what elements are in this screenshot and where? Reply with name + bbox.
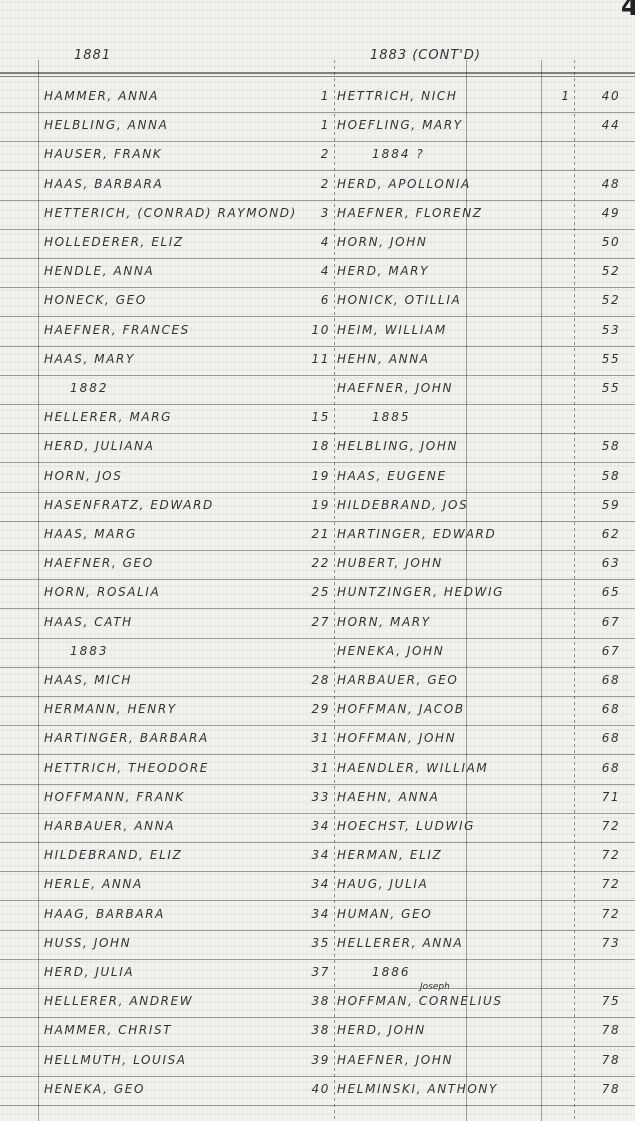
page-ref: 68: [596, 673, 626, 687]
section-year: 1884 ?: [372, 147, 425, 161]
name-left: HELLERER, ANDREW: [44, 994, 193, 1008]
section-year: 1883: [70, 644, 109, 658]
interlinear-annotation: Joseph: [420, 982, 450, 992]
name-right: HARBAUER, GEO: [337, 673, 458, 687]
name-right: HUMAN, GEO: [337, 907, 432, 921]
entry-number: 6: [290, 293, 330, 307]
name-left: HONECK, GEO: [44, 293, 147, 307]
page-ref: 49: [596, 206, 626, 220]
name-left: HELLMUTH, LOUISA: [44, 1053, 187, 1067]
name-left: HAUSER, FRANK: [44, 147, 162, 161]
page-ref: 67: [596, 615, 626, 629]
name-right: HOFFMAN, JOHN: [337, 731, 456, 745]
ledger-row: HARTINGER, BARBARA31HOFFMAN, JOHN68: [0, 725, 635, 755]
ledger-row: HETTRICH, THEODORE31HAENDLER, WILLIAM68: [0, 755, 635, 785]
page-ref: 58: [596, 469, 626, 483]
ledger-row: HERMANN, HENRY29HOFFMAN, JACOB68: [0, 696, 635, 726]
page-ref: 52: [596, 293, 626, 307]
entry-number: 39: [290, 1053, 330, 1067]
ledger-row: HONECK, GEO6HONICK, OTILLIA52: [0, 287, 635, 317]
name-left: HENDLE, ANNA: [44, 264, 154, 278]
ledger-row: HELBLING, ANNA1HOEFLING, MARY44: [0, 112, 635, 142]
name-right: HAEHN, ANNA: [337, 790, 439, 804]
name-right: HETTRICH, NICH: [337, 89, 458, 103]
entry-number: 10: [290, 323, 330, 337]
name-right: HERD, APOLLONIA: [337, 177, 471, 191]
name-right: HONICK, OTILLIA: [337, 293, 461, 307]
ledger-row: HORN, ROSALIA25HUNTZINGER, HEDWIG65: [0, 579, 635, 609]
header-left-year: 1881: [74, 48, 111, 63]
page-ref: 63: [596, 556, 626, 570]
section-year: 1885: [372, 410, 411, 424]
name-left: HAMMER, CHRIST: [44, 1023, 172, 1037]
ledger-row: HETTERICH, (CONRAD) RAYMOND)3HAEFNER, FL…: [0, 200, 635, 230]
page-ref: 72: [596, 848, 626, 862]
entry-number: 19: [290, 469, 330, 483]
name-left: HERD, JULIA: [44, 965, 134, 979]
name-left: HETTRICH, THEODORE: [44, 761, 209, 775]
name-left: HAMMER, ANNA: [44, 89, 159, 103]
name-left: HERD, JULIANA: [44, 439, 155, 453]
name-left: HASENFRATZ, EDWARD: [44, 498, 214, 512]
name-right: HOFFMAN, CORNELIUS: [337, 994, 503, 1008]
ledger-row: HOFFMANN, FRANK33HAEHN, ANNA71: [0, 784, 635, 814]
ledger-row: 1883HENEKA, JOHN67: [0, 638, 635, 668]
name-right: HELMINSKI, ANTHONY: [337, 1082, 498, 1096]
name-right: HORN, MARY: [337, 615, 431, 629]
entry-number: 11: [290, 352, 330, 366]
entry-number: 34: [290, 877, 330, 891]
ledger-row: HOLLEDERER, ELIZ4HORN, JOHN50: [0, 229, 635, 259]
name-right: HEIM, WILLIAM: [337, 323, 447, 337]
header-right-year: 1883 (CONT'D): [370, 48, 481, 63]
name-left: HERMANN, HENRY: [44, 702, 177, 716]
name-right: HERD, MARY: [337, 264, 429, 278]
entry-number: 19: [290, 498, 330, 512]
entry-number: 15: [290, 410, 330, 424]
page-ref: 48: [596, 177, 626, 191]
page-ref: 55: [596, 381, 626, 395]
page-number: 4: [621, 0, 635, 22]
entry-number: 18: [290, 439, 330, 453]
ledger-row: HERD, JULIANA18HELBLING, JOHN58: [0, 433, 635, 463]
page-ref: 55: [596, 352, 626, 366]
name-left: HENEKA, GEO: [44, 1082, 145, 1096]
page-ref: 52: [596, 264, 626, 278]
page-ref: 68: [596, 761, 626, 775]
ledger-row: HERD, JULIA371886: [0, 959, 635, 989]
page-ref: 40: [596, 89, 626, 103]
page-ref: 65: [596, 585, 626, 599]
ledger-row: HAMMER, CHRIST38HERD, JOHN78: [0, 1017, 635, 1047]
page-ref: 72: [596, 907, 626, 921]
entry-number: 2: [290, 177, 330, 191]
entry-number: 1: [290, 118, 330, 132]
entry-number: 31: [290, 731, 330, 745]
entry-number: 4: [290, 235, 330, 249]
ledger-row: HASENFRATZ, EDWARD19HILDEBRAND, JOS59: [0, 492, 635, 522]
page-ref: 78: [596, 1082, 626, 1096]
name-left: HARBAUER, ANNA: [44, 819, 175, 833]
page-ref: 72: [596, 819, 626, 833]
ledger-row: HELLERER, ANDREW38HOFFMAN, CORNELIUS75Jo…: [0, 988, 635, 1018]
page-ref: 67: [596, 644, 626, 658]
page-ref: 78: [596, 1053, 626, 1067]
entry-number: 1: [290, 89, 330, 103]
section-year: 1882: [70, 381, 109, 395]
entry-number: 34: [290, 907, 330, 921]
ledger-row: HORN, JOS19HAAS, EUGENE58: [0, 463, 635, 493]
page-ref: 78: [596, 1023, 626, 1037]
ledger-row: HAAS, MARY11HEHN, ANNA55: [0, 346, 635, 376]
page-ref: 73: [596, 936, 626, 950]
name-left: HETTERICH, (CONRAD) RAYMOND): [44, 206, 297, 220]
name-right: HAUG, JULIA: [337, 877, 428, 891]
section-year: 1886: [372, 965, 411, 979]
entry-number: 27: [290, 615, 330, 629]
ledger-row: HERLE, ANNA34HAUG, JULIA72: [0, 871, 635, 901]
entry-number: 40: [290, 1082, 330, 1096]
name-left: HORN, ROSALIA: [44, 585, 160, 599]
entry-number: 28: [290, 673, 330, 687]
name-left: HOFFMANN, FRANK: [44, 790, 185, 804]
name-left: HAEFNER, GEO: [44, 556, 154, 570]
page-ref: 71: [596, 790, 626, 804]
name-right: HARTINGER, EDWARD: [337, 527, 496, 541]
name-left: HAEFNER, FRANCES: [44, 323, 190, 337]
name-left: HAAS, MICH: [44, 673, 132, 687]
entry-number: 29: [290, 702, 330, 716]
name-left: HAAS, BARBARA: [44, 177, 163, 191]
ledger-row: HENEKA, GEO40HELMINSKI, ANTHONY78: [0, 1076, 635, 1106]
name-right: HEHN, ANNA: [337, 352, 430, 366]
name-right: HAEFNER, JOHN: [337, 1053, 453, 1067]
entry-number: 35: [290, 936, 330, 950]
header-rule: [0, 72, 635, 74]
name-right: HELLERER, ANNA: [337, 936, 463, 950]
name-left: HILDEBRAND, ELIZ: [44, 848, 182, 862]
ledger-row: HAAS, MARG21HARTINGER, EDWARD62: [0, 521, 635, 551]
ledger-row: HUSS, JOHN35HELLERER, ANNA73: [0, 930, 635, 960]
ledger-row: 1882HAEFNER, JOHN55: [0, 375, 635, 405]
name-right: HUNTZINGER, HEDWIG: [337, 585, 504, 599]
name-left: HAAS, MARY: [44, 352, 135, 366]
name-right: HOEFLING, MARY: [337, 118, 463, 132]
name-right: HUBERT, JOHN: [337, 556, 443, 570]
ledger-row: HELLMUTH, LOUISA39HAEFNER, JOHN78: [0, 1047, 635, 1077]
name-left: HAAG, BARBARA: [44, 907, 165, 921]
name-right: HILDEBRAND, JOS: [337, 498, 468, 512]
name-right: HAEFNER, JOHN: [337, 381, 453, 395]
ledger-row: HAAS, MICH28HARBAUER, GEO68: [0, 667, 635, 697]
ledger-row: HAAS, CATH27HORN, MARY67: [0, 609, 635, 639]
page-ref: 75: [596, 994, 626, 1008]
name-left: HERLE, ANNA: [44, 877, 143, 891]
page-ref: 44: [596, 118, 626, 132]
ledger-page: 4 1881 1883 (CONT'D) HAMMER, ANNA1HETTRI…: [0, 0, 635, 1121]
page-ref: 72: [596, 877, 626, 891]
name-right: HAAS, EUGENE: [337, 469, 447, 483]
ledger-row: HAAG, BARBARA34HUMAN, GEO72: [0, 901, 635, 931]
name-left: HAAS, MARG: [44, 527, 137, 541]
name-right: HAENDLER, WILLIAM: [337, 761, 488, 775]
entry-number: 3: [290, 206, 330, 220]
name-right: HOFFMAN, JACOB: [337, 702, 465, 716]
entry-number: 22: [290, 556, 330, 570]
name-right: HOECHST, LUDWIG: [337, 819, 475, 833]
name-right: HAEFNER, FLORENZ: [337, 206, 483, 220]
name-right: HELBLING, JOHN: [337, 439, 458, 453]
ledger-row: HAMMER, ANNA1HETTRICH, NICH140: [0, 83, 635, 113]
ledger-row: HAAS, BARBARA2HERD, APOLLONIA48: [0, 171, 635, 201]
name-right: HERMAN, ELIZ: [337, 848, 442, 862]
name-left: HUSS, JOHN: [44, 936, 131, 950]
name-left: HELBLING, ANNA: [44, 118, 168, 132]
entry-number: 4: [290, 264, 330, 278]
page-ref: 50: [596, 235, 626, 249]
ledger-row: HAEFNER, FRANCES10HEIM, WILLIAM53: [0, 317, 635, 347]
ledger-row: HAEFNER, GEO22HUBERT, JOHN63: [0, 550, 635, 580]
tick-mark: 1: [556, 89, 576, 103]
ledger-row: HELLERER, MARG151885: [0, 404, 635, 434]
entry-number: 37: [290, 965, 330, 979]
entry-number: 33: [290, 790, 330, 804]
page-ref: 53: [596, 323, 626, 337]
page-ref: 58: [596, 439, 626, 453]
ledger-row: HENDLE, ANNA4HERD, MARY52: [0, 258, 635, 288]
ledger-row: HAUSER, FRANK21884 ?: [0, 141, 635, 171]
entry-number: 34: [290, 819, 330, 833]
entry-number: 31: [290, 761, 330, 775]
entry-number: 2: [290, 147, 330, 161]
header-rule: [0, 76, 635, 77]
ledger-row: HILDEBRAND, ELIZ34HERMAN, ELIZ72: [0, 842, 635, 872]
name-right: HORN, JOHN: [337, 235, 427, 249]
page-ref: 62: [596, 527, 626, 541]
entry-number: 21: [290, 527, 330, 541]
entry-number: 38: [290, 994, 330, 1008]
entry-number: 25: [290, 585, 330, 599]
page-ref: 68: [596, 731, 626, 745]
name-left: HARTINGER, BARBARA: [44, 731, 209, 745]
name-left: HELLERER, MARG: [44, 410, 172, 424]
ledger-row: HARBAUER, ANNA34HOECHST, LUDWIG72: [0, 813, 635, 843]
page-ref: 68: [596, 702, 626, 716]
entry-number: 38: [290, 1023, 330, 1037]
name-right: HERD, JOHN: [337, 1023, 426, 1037]
entry-number: 34: [290, 848, 330, 862]
name-right: HENEKA, JOHN: [337, 644, 444, 658]
name-left: HOLLEDERER, ELIZ: [44, 235, 184, 249]
name-left: HORN, JOS: [44, 469, 122, 483]
name-left: HAAS, CATH: [44, 615, 133, 629]
page-ref: 59: [596, 498, 626, 512]
